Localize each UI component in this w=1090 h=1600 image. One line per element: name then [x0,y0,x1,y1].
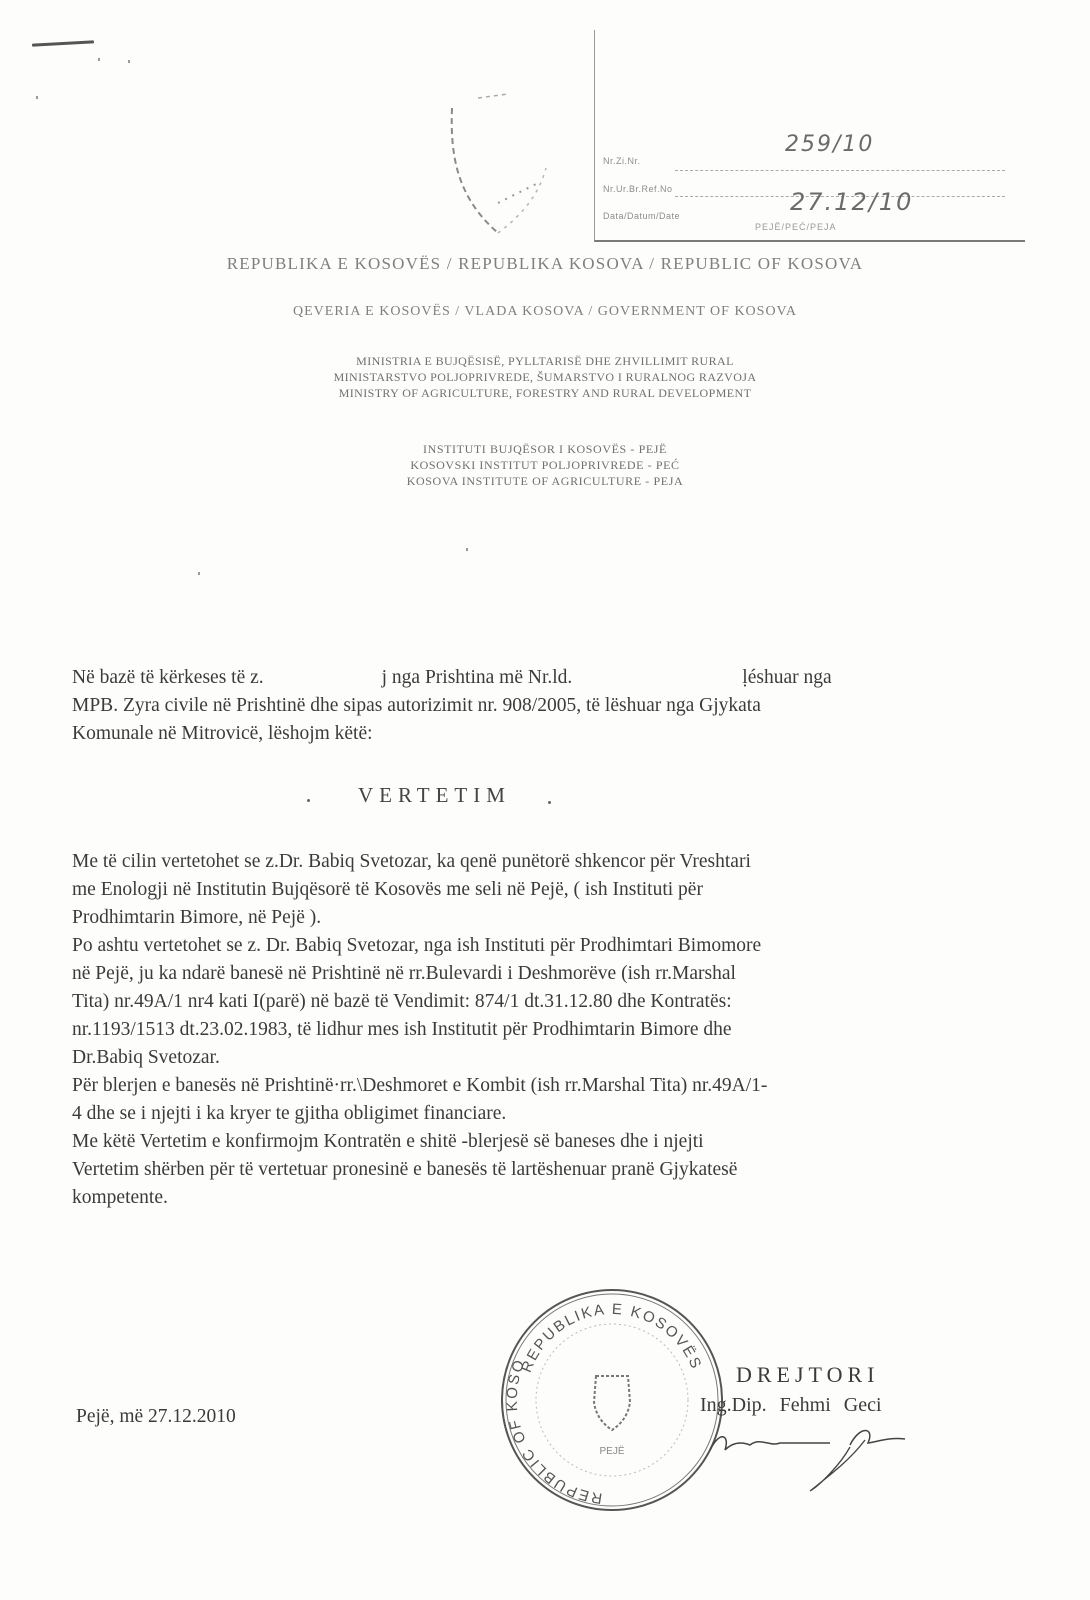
handwritten-signature-icon [700,1415,920,1495]
signatory-name: Ing.Dip. Fehmi Geci [700,1394,882,1417]
registry-number-label: Nr.Zi.Nr. [603,156,641,166]
scan-artifact [548,801,551,804]
scan-artifact [307,799,310,802]
body-line: Po ashtu vertetohet se z. Dr. Babiq Svet… [72,932,952,960]
letterhead-ministry-sr: MINISTARSTVO POLJOPRIVREDE, ŠUMARSTVO I … [0,370,1090,385]
body-line: Tita) nr.49A/1 nr4 kati I(parë) në bazë … [72,988,952,1016]
document-title: VERTETIM [358,783,511,808]
place-and-date: Pejë, më 27.12.2010 [76,1406,236,1428]
body-line: 4 dhe se i njejti i ka kryer te gjitha o… [72,1100,952,1128]
body-line: Me këtë Vertetim e konfirmojm Kontratën … [72,1128,952,1156]
reference-number-label: Nr.Ur.Br.Ref.No [603,184,673,194]
registry-stamp: Nr.Zi.Nr. 259/10 Nr.Ur.Br.Ref.No 27.12/1… [594,30,1025,242]
registry-place: PEJË/PEĆ/PEJA [755,222,837,232]
letterhead-institute-sq: INSTITUTI BUJQËSOR I KOSOVËS - PEJË [0,442,1090,457]
intro-text: Në bazë të kërkeses të z. [72,667,264,688]
letterhead-institute-en: KOSOVA INSTITUTE OF AGRICULTURE - PEJA [0,474,1090,489]
scan-artifact [128,60,130,63]
signatory-title: DREJTORI [736,1362,880,1388]
scan-artifact [98,58,100,61]
scan-artifact [36,96,38,99]
official-seal-icon: REPUBLIKA E KOSOVËS REPUBLIC OF KOSOVO P… [496,1284,728,1516]
letterhead-government: QEVERIA E KOSOVËS / VLADA KOSOVA / GOVER… [0,304,1090,320]
letterhead-institute-sr: KOSOVSKI INSTITUT POLJOPRIVREDE - PEĆ [0,458,1090,473]
date-label: Data/Datum/Date [603,211,680,221]
body-line: nr.1193/1513 dt.23.02.1983, të lidhur me… [72,1016,952,1044]
scan-artifact [32,40,94,46]
intro-paragraph: Në bazë të kërkeses të z.j nga Prishtina… [72,664,952,748]
body-line: kompetente. [72,1184,952,1212]
letterhead-ministry-sq: MINISTRIA E BUJQËSISË, PYLLTARISË DHE ZH… [0,354,1090,369]
registry-number-value: 259/10 [785,132,874,157]
intro-text: MPB. Zyra civile në Prishtinë dhe sipas … [72,692,952,720]
body-line: Për blerjen e banesës në Prishtinë·rr.\D… [72,1072,952,1100]
intro-text: Komunale në Mitrovicë, lëshojm këtë: [72,720,952,748]
body-line: Prodhimtarin Bimore, në Pejë ). [72,904,952,932]
seal-center-text: PEJË [599,1445,624,1457]
intro-text: ḷéshuar nga [742,667,831,688]
body-line: Vertetim shërben për të vertetuar prones… [72,1156,952,1184]
intro-text: j nga Prishtina më Nr.ld. [382,667,573,688]
letterhead-ministry-en: MINISTRY OF AGRICULTURE, FORESTRY AND RU… [0,386,1090,401]
scan-artifact [198,572,200,575]
kosovo-emblem-icon [438,78,568,238]
body-line: me Enologji në Institutin Bujqësorë të K… [72,876,952,904]
reference-number-value: 27.12/10 [790,188,913,216]
scan-artifact [466,548,468,551]
certificate-body: Me të cilin vertetohet se z.Dr. Babiq Sv… [72,848,952,1212]
body-line: në Pejë, ju ka ndarë banesë në Prishtinë… [72,960,952,988]
body-line: Me të cilin vertetohet se z.Dr. Babiq Sv… [72,848,952,876]
letterhead-republic: REPUBLIKA E KOSOVËS / REPUBLIKA KOSOVA /… [0,254,1090,274]
body-line: Dr.Babiq Svetozar. [72,1044,952,1072]
